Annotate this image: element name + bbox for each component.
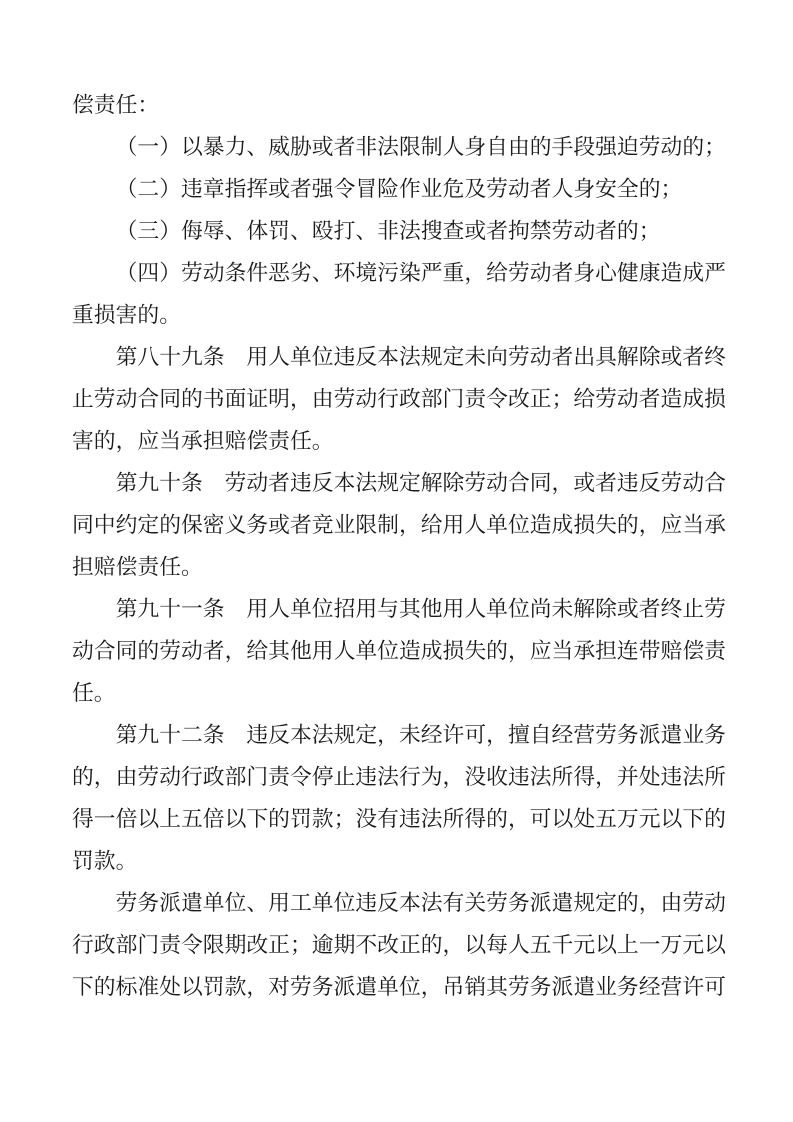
text-line: 动合同的劳动者，给其他用人单位造成损失的，应当承担连带赔偿责 [72, 630, 728, 672]
text-line: 第九十条 劳动者违反本法规定解除劳动合同，或者违反劳动合 [72, 462, 728, 504]
text-line: 害的，应当承担赔偿责任。 [72, 420, 728, 462]
text-line: 担赔偿责任。 [72, 546, 728, 588]
text-line: （一）以暴力、威胁或者非法限制人身自由的手段强迫劳动的； [72, 126, 728, 168]
paragraph: （三）侮辱、体罚、殴打、非法搜查或者拘禁劳动者的； [72, 210, 728, 252]
text-line: 下的标准处以罚款，对劳务派遣单位，吊销其劳务派遣业务经营许可 [72, 966, 728, 1008]
text-line: 罚款。 [72, 840, 728, 882]
paragraph: 偿责任： [72, 84, 728, 126]
paragraph: （一）以暴力、威胁或者非法限制人身自由的手段强迫劳动的； [72, 126, 728, 168]
paragraph: 劳务派遣单位、用工单位违反本法有关劳务派遣规定的，由劳动行政部门责令限期改正；逾… [72, 882, 728, 1008]
text-line: （三）侮辱、体罚、殴打、非法搜查或者拘禁劳动者的； [72, 210, 728, 252]
document-body: 偿责任：（一）以暴力、威胁或者非法限制人身自由的手段强迫劳动的；（二）违章指挥或… [72, 84, 728, 1008]
text-line: 偿责任： [72, 84, 728, 126]
text-line: 行政部门责令限期改正；逾期不改正的，以每人五千元以上一万元以 [72, 924, 728, 966]
text-line: 止劳动合同的书面证明，由劳动行政部门责令改正；给劳动者造成损 [72, 378, 728, 420]
text-line: （二）违章指挥或者强令冒险作业危及劳动者人身安全的； [72, 168, 728, 210]
text-line: 第九十二条 违反本法规定，未经许可，擅自经营劳务派遣业务 [72, 714, 728, 756]
text-line: 的，由劳动行政部门责令停止违法行为，没收违法所得，并处违法所 [72, 756, 728, 798]
paragraph: 第八十九条 用人单位违反本法规定未向劳动者出具解除或者终止劳动合同的书面证明，由… [72, 336, 728, 462]
document-page: 偿责任：（一）以暴力、威胁或者非法限制人身自由的手段强迫劳动的；（二）违章指挥或… [0, 0, 793, 1122]
text-line: 同中约定的保密义务或者竞业限制，给用人单位造成损失的，应当承 [72, 504, 728, 546]
paragraph: （四）劳动条件恶劣、环境污染严重，给劳动者身心健康造成严重损害的。 [72, 252, 728, 336]
text-line: 重损害的。 [72, 294, 728, 336]
paragraph: 第九十一条 用人单位招用与其他用人单位尚未解除或者终止劳动合同的劳动者，给其他用… [72, 588, 728, 714]
text-line: 第九十一条 用人单位招用与其他用人单位尚未解除或者终止劳 [72, 588, 728, 630]
text-line: 劳务派遣单位、用工单位违反本法有关劳务派遣规定的，由劳动 [72, 882, 728, 924]
paragraph: 第九十条 劳动者违反本法规定解除劳动合同，或者违反劳动合同中约定的保密义务或者竞… [72, 462, 728, 588]
text-line: 得一倍以上五倍以下的罚款；没有违法所得的，可以处五万元以下的 [72, 798, 728, 840]
paragraph: 第九十二条 违反本法规定，未经许可，擅自经营劳务派遣业务的，由劳动行政部门责令停… [72, 714, 728, 882]
paragraph: （二）违章指挥或者强令冒险作业危及劳动者人身安全的； [72, 168, 728, 210]
text-line: 第八十九条 用人单位违反本法规定未向劳动者出具解除或者终 [72, 336, 728, 378]
text-line: 任。 [72, 672, 728, 714]
text-line: （四）劳动条件恶劣、环境污染严重，给劳动者身心健康造成严 [72, 252, 728, 294]
